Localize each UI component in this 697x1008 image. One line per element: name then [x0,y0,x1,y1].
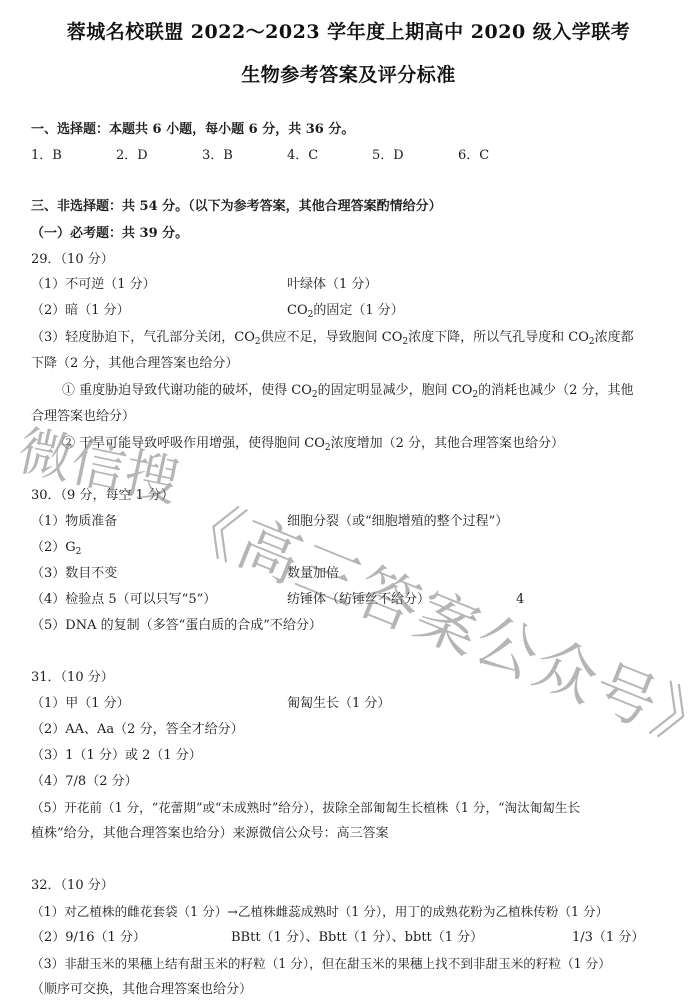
q32-header: 32．（10 分） [31,878,114,894]
q29-part1-right: 叶绿体（1 分） [287,277,377,293]
q29-part1-left: （1）不可逆（1 分） [31,277,156,293]
q29-cause1-line2: 合理答案也给分） [31,409,135,425]
q29-cause2: ② 干旱可能导致呼吸作用增强，使得胞间 CO2浓度增加（2 分，其他合理答案也给… [62,436,564,452]
document-title: 蓉城名校联盟 2022～2023 学年度上期高中 2020 级入学联考 [0,17,697,44]
mc-answer-2: 2．D [116,148,148,164]
mc-answer-3: 3．B [202,148,233,164]
q31-part4: （4）7/8（2 分） [31,774,138,790]
q31-header: 31．（10 分） [31,670,114,686]
q32-part2-right: 1/3（1 分） [572,930,644,946]
q32-part2-left: （2）9/16（1 分） [31,930,146,946]
q30-part3-left: （3）数目不变 [31,566,117,582]
q32-part1: （1）对乙植株的雌花套袋（1 分）→乙植株雌蕊成熟时（1 分），用丁的成熟花粉为… [31,904,608,920]
mc-answer-4: 4．C [287,148,318,164]
section1-heading: 一、选择题：本题共 6 小题，每小题 6 分，共 36 分。 [31,122,354,138]
q29-part2-right: CO2的固定（1 分） [287,303,404,319]
q31-part1-left: （1）甲（1 分） [31,696,130,712]
mc-answer-5: 5．D [372,148,404,164]
document-subtitle: 生物参考答案及评分标准 [0,60,697,87]
q30-part4-right: 纺锤体（纺锤丝不给分） [287,592,430,608]
q29-part3-line1: （3）轻度胁迫下，气孔部分关闭，CO2供应不足，导致胞间 CO2浓度下降，所以气… [31,330,634,346]
q32-part3-line1: （3）非甜玉米的果穗上结有甜玉米的籽粒（1 分），但在甜玉米的果穗上找不到非甜玉… [31,956,611,972]
q29-cause1-line1: ① 重度胁迫导致代谢功能的破坏，使得 CO2的固定明显减少，胞间 CO2的消耗也… [62,383,634,399]
q30-part2-left: （2）G2 [31,540,81,556]
answer-key-page: 蓉城名校联盟 2022～2023 学年度上期高中 2020 级入学联考 生物参考… [0,0,697,1008]
section3-subheading: （一）必考题：共 39 分。 [31,226,188,242]
q30-part4-left: （4）检验点 5（可以只写“5”） [31,592,216,608]
q32-part3-line2: （顺序可交换，其他合理答案也给分） [31,982,252,998]
mc-answer-1: 1．B [31,148,62,164]
q31-part1-right: 匍匐生长（1 分） [287,696,390,712]
q30-part5: （5）DNA 的复制（多答“蛋白质的合成”不给分） [31,618,322,634]
mc-answer-6: 6．C [458,148,489,164]
q29-part2-left: （2）暗（1 分） [31,303,130,319]
q29-header: 29．（10 分） [31,252,114,268]
q31-part5-line2: 植株”给分，其他合理答案也给分）来源微信公众号：高三答案 [31,826,389,842]
q31-part3: （3）1（1 分）或 2（1 分） [31,748,202,764]
q31-part2: （2）AA、Aa（2 分，答全才给分） [31,722,244,738]
q30-header: 30．（9 分，每空 1 分） [31,488,174,504]
q30-part1-right: 细胞分裂（或“细胞增殖的整个过程”） [287,514,508,530]
q30-part4-extra: 4 [516,592,524,608]
q32-part2-mid: BBtt（1 分）、Bbtt（1 分）、bbtt（1 分） [231,930,483,946]
q30-part1-left: （1）物质准备 [31,514,117,530]
section3-heading: 三、非选择题：共 54 分。（以下为参考答案，其他合理答案酌情给分） [31,199,442,215]
q29-part3-line2: 下降（2 分，其他合理答案也给分） [31,356,238,372]
q31-part5-line1: （5）开花前（1 分，“花蕾期”或“未成熟时”给分），拔除全部匍匐生长植株（1 … [31,800,580,816]
q30-part3-right: 数量加倍 [287,566,339,582]
